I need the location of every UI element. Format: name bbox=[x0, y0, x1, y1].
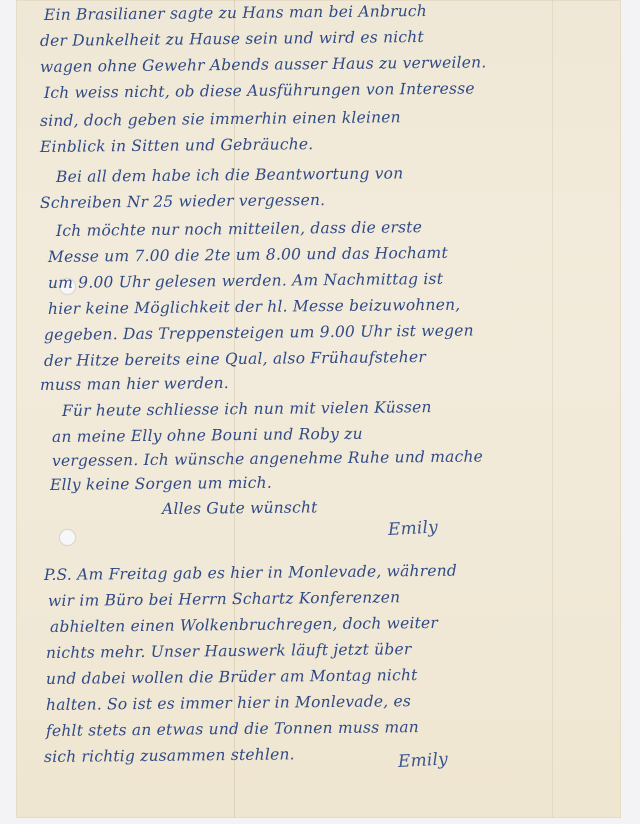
letter-line: Elly keine Sorgen um mich. bbox=[50, 474, 272, 494]
letter-line: an meine Elly ohne Bouni und Roby zu bbox=[52, 425, 363, 446]
letter-line: sind, doch geben sie immerhin einen klei… bbox=[40, 108, 401, 130]
postscript-line: halten. So ist es immer hier in Monlevad… bbox=[46, 692, 411, 714]
postscript-line: nichts mehr. Unser Hauswerk läuft jetzt … bbox=[46, 640, 412, 662]
letter-signature: Emily bbox=[387, 517, 438, 540]
letter-line: Einblick in Sitten und Gebräuche. bbox=[40, 135, 314, 156]
postscript-line: sich richtig zusammen stehlen. bbox=[44, 745, 295, 766]
letter-line: Schreiben Nr 25 wieder vergessen. bbox=[40, 191, 325, 212]
punch-hole bbox=[60, 530, 75, 545]
letter-line: muss man hier werden. bbox=[40, 374, 229, 394]
letter-line: Bei all dem habe ich die Beantwortung vo… bbox=[56, 164, 404, 186]
scanned-letter: Ein Brasilianer sagte zu Hans man bei An… bbox=[0, 0, 640, 824]
letter-closing: Alles Gute wünscht bbox=[162, 498, 318, 518]
postscript-line: wir im Büro bei Herrn Schartz Konferenze… bbox=[48, 588, 400, 610]
letter-line: Ich möchte nur noch mitteilen, dass die … bbox=[56, 218, 422, 240]
paper-fold-line bbox=[552, 0, 553, 818]
postscript-signature: Emily bbox=[397, 749, 448, 772]
